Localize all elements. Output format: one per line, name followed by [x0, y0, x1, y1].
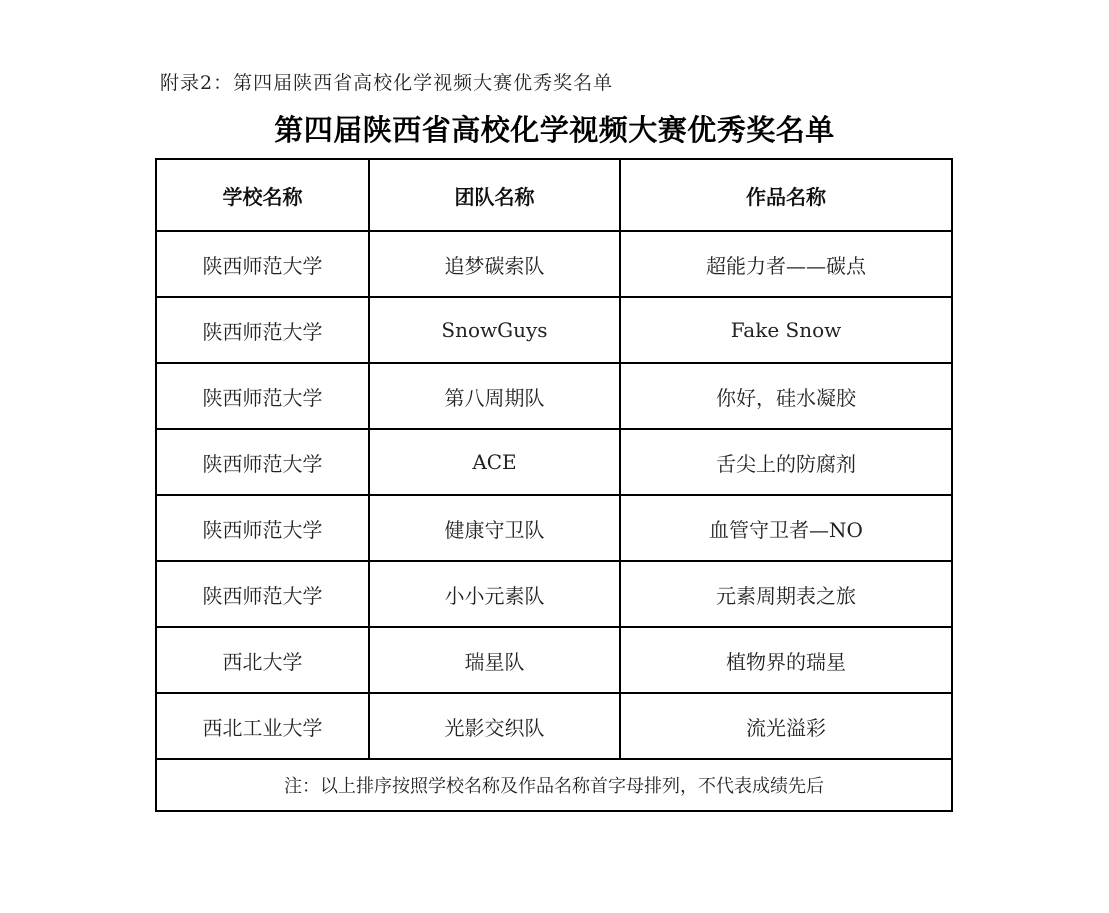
cell-team: 小小元素队: [369, 561, 620, 627]
cell-work: 植物界的瑞星: [620, 627, 952, 693]
document-title: 第四届陕西省高校化学视频大赛优秀奖名单: [0, 108, 1109, 149]
appendix-label: 附录2：第四届陕西省高校化学视频大赛优秀奖名单: [160, 68, 613, 95]
cell-team: ACE: [369, 429, 620, 495]
cell-school: 陕西师范大学: [156, 429, 369, 495]
table-row: 陕西师范大学 小小元素队 元素周期表之旅: [156, 561, 952, 627]
cell-team: 光影交织队: [369, 693, 620, 759]
header-work: 作品名称: [620, 159, 952, 231]
table-header-row: 学校名称 团队名称 作品名称: [156, 159, 952, 231]
table-row: 西北大学 瑞星队 植物界的瑞星: [156, 627, 952, 693]
cell-school: 陕西师范大学: [156, 231, 369, 297]
cell-work: 舌尖上的防腐剂: [620, 429, 952, 495]
cell-school: 陕西师范大学: [156, 363, 369, 429]
cell-school: 西北大学: [156, 627, 369, 693]
table-row: 西北工业大学 光影交织队 流光溢彩: [156, 693, 952, 759]
table-row: 陕西师范大学 健康守卫队 血管守卫者—NO: [156, 495, 952, 561]
cell-team: SnowGuys: [369, 297, 620, 363]
cell-work: 流光溢彩: [620, 693, 952, 759]
cell-school: 陕西师范大学: [156, 297, 369, 363]
cell-work: 你好，硅水凝胶: [620, 363, 952, 429]
awards-table: 学校名称 团队名称 作品名称 陕西师范大学 追梦碳索队 超能力者——碳点 陕西师…: [155, 158, 953, 812]
cell-school: 西北工业大学: [156, 693, 369, 759]
cell-team: 第八周期队: [369, 363, 620, 429]
table-note: 注：以上排序按照学校名称及作品名称首字母排列，不代表成绩先后: [156, 759, 952, 811]
cell-work: 元素周期表之旅: [620, 561, 952, 627]
cell-team: 追梦碳索队: [369, 231, 620, 297]
cell-work: 超能力者——碳点: [620, 231, 952, 297]
cell-team: 健康守卫队: [369, 495, 620, 561]
cell-work: Fake Snow: [620, 297, 952, 363]
cell-school: 陕西师范大学: [156, 561, 369, 627]
cell-team: 瑞星队: [369, 627, 620, 693]
table-row: 陕西师范大学 追梦碳索队 超能力者——碳点: [156, 231, 952, 297]
table-row: 陕西师范大学 第八周期队 你好，硅水凝胶: [156, 363, 952, 429]
header-team: 团队名称: [369, 159, 620, 231]
cell-school: 陕西师范大学: [156, 495, 369, 561]
cell-work: 血管守卫者—NO: [620, 495, 952, 561]
table-note-row: 注：以上排序按照学校名称及作品名称首字母排列，不代表成绩先后: [156, 759, 952, 811]
table-row: 陕西师范大学 ACE 舌尖上的防腐剂: [156, 429, 952, 495]
table-row: 陕西师范大学 SnowGuys Fake Snow: [156, 297, 952, 363]
header-school: 学校名称: [156, 159, 369, 231]
